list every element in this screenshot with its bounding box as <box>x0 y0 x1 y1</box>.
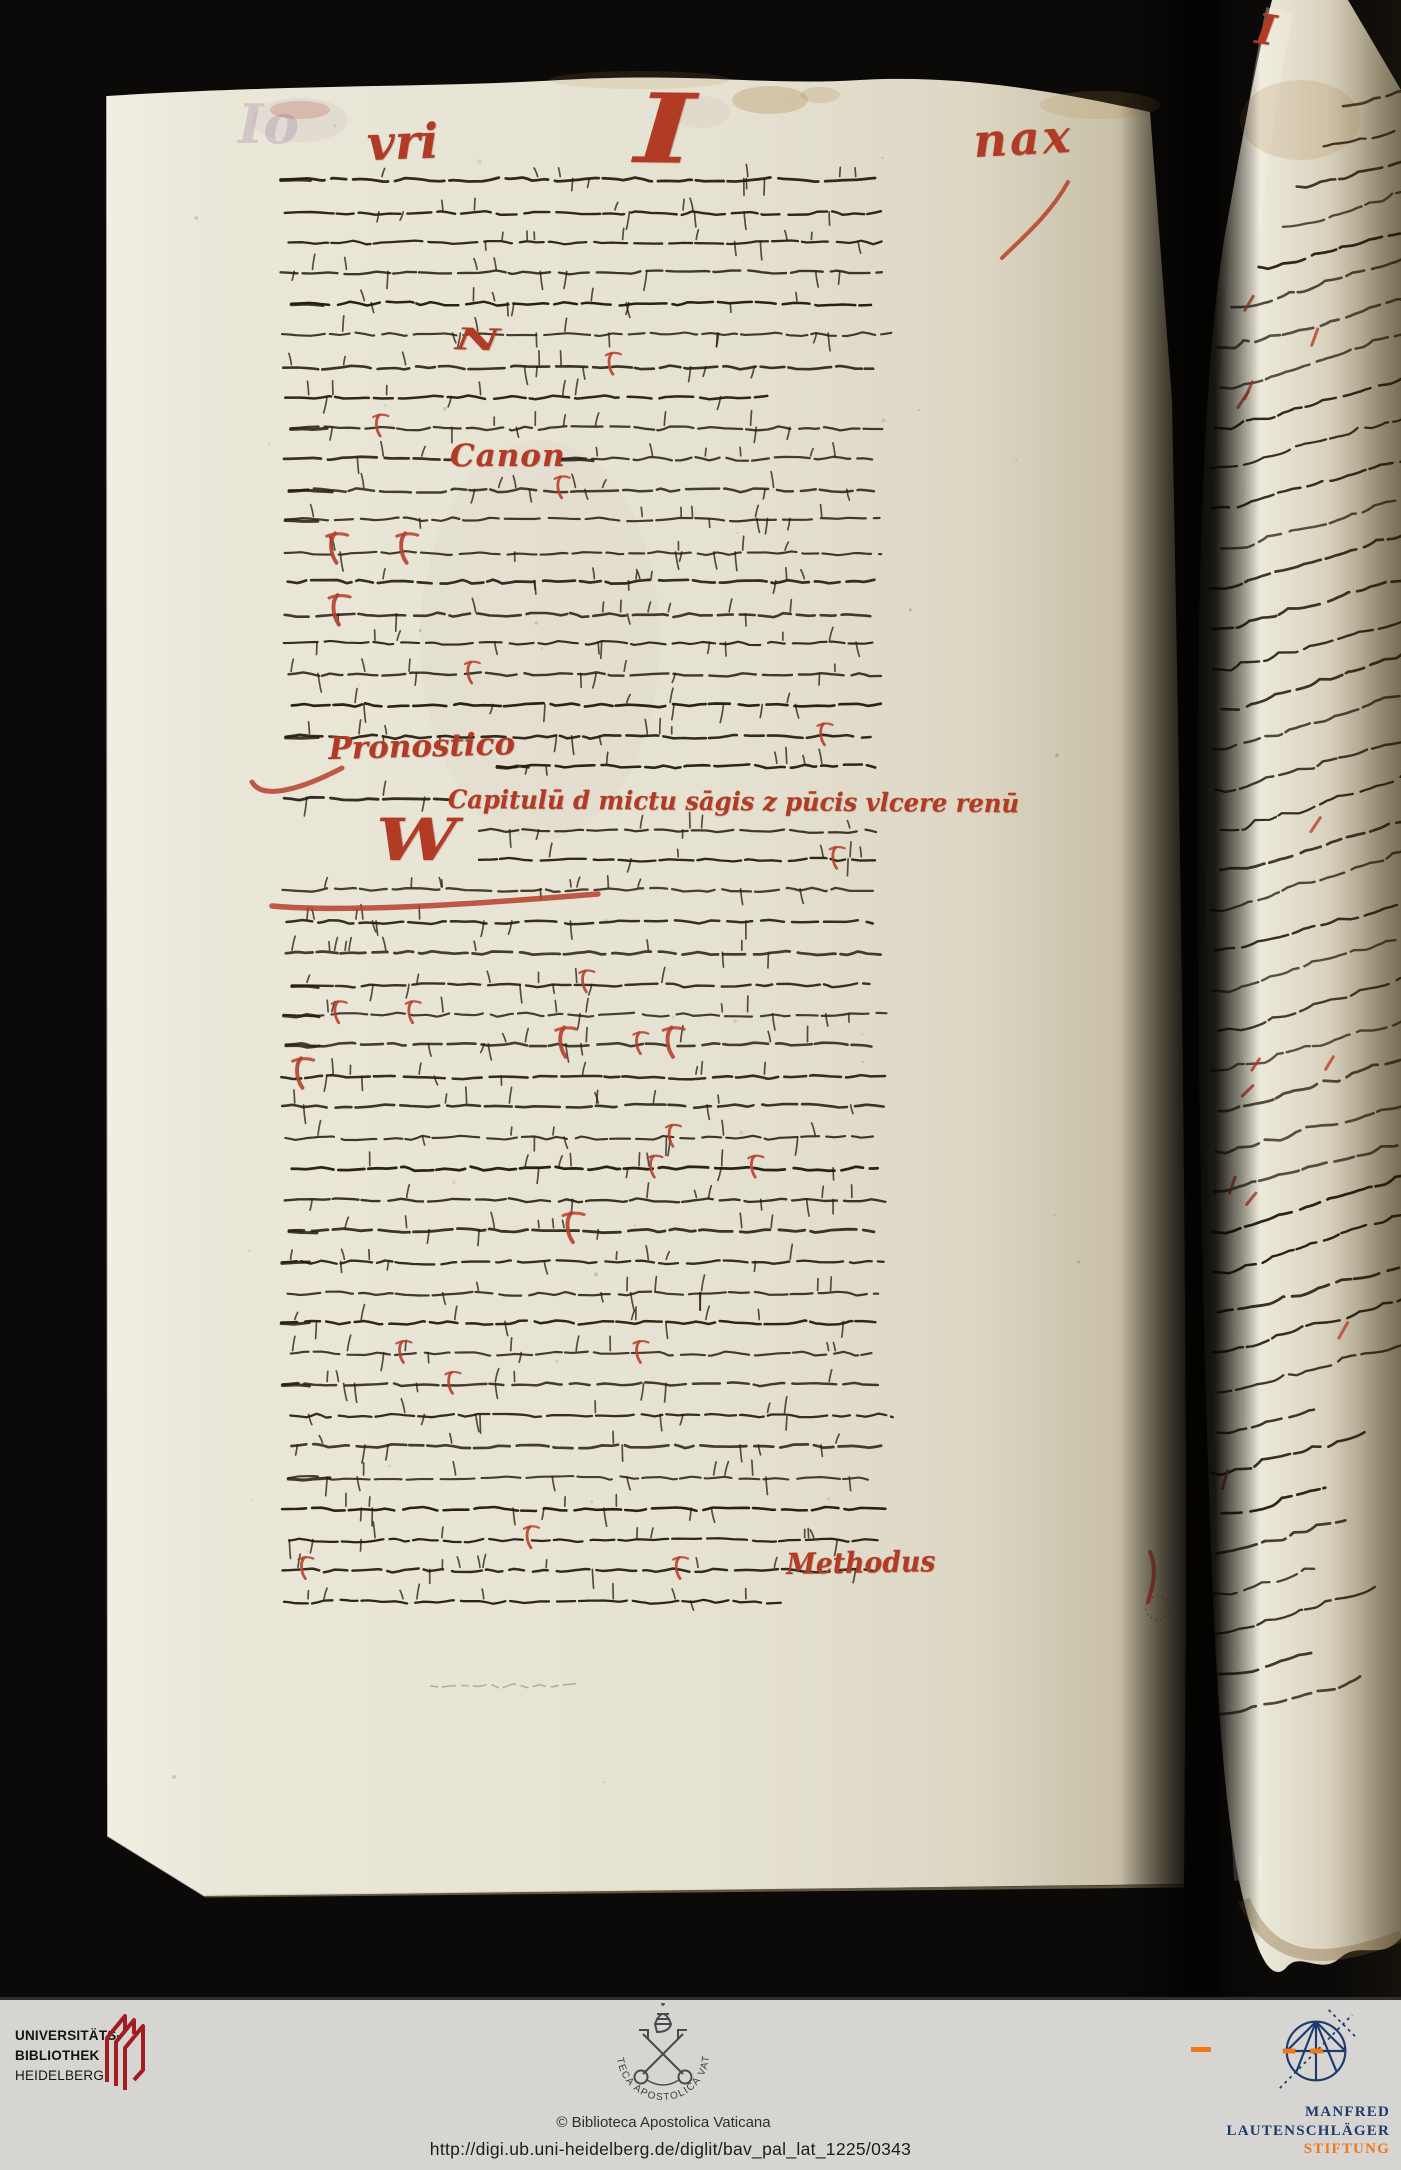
parchment-pages-artwork <box>0 0 1401 2170</box>
rubric-canon: Canon <box>450 438 566 474</box>
rubric-prognostico: Pronostico <box>328 726 516 767</box>
mls-line2: LAUTENSCHLÄGER <box>1227 2122 1391 2141</box>
orange-dash <box>1191 2047 1211 2052</box>
mls-line1: MANFRED <box>1227 2103 1391 2122</box>
rubric-initial-n: N <box>454 322 501 358</box>
chapter-heading-rubric: Capitulū d mictu sāgis z pūcis vlcere re… <box>448 785 1019 819</box>
running-title-right: nax <box>972 109 1074 168</box>
manuscript-scan: Io vri I nax N Canon Pronostico Capitulū… <box>0 0 1401 2170</box>
vatican-arc-text: BIBLIOTECA APOSTOLICA VATICANA <box>598 2002 712 2103</box>
left-page-parchment <box>107 77 1186 1896</box>
folio-numeral: I <box>633 72 696 186</box>
chapter-initial-w: W <box>376 806 457 874</box>
branding-bar: UNIVERSITÄTS- BIBLIOTHEK HEIDELBERG <box>0 1997 1401 2170</box>
scan-source-url: http://digi.ub.uni-heidelberg.de/diglit/… <box>0 2139 1341 2160</box>
mls-line3: STIFTUNG <box>1227 2140 1391 2159</box>
svg-text:BIBLIOTECA APOSTOLICA VATICANA: BIBLIOTECA APOSTOLICA VATICANA <box>598 2002 712 2103</box>
gutter-shadow <box>1120 0 1260 2000</box>
vatican-library-emblem: BIBLIOTECA APOSTOLICA VATICANA <box>598 2002 728 2114</box>
lautenschlaeger-stiftung-logo <box>1272 2005 1360 2097</box>
ub-heidelberg-logo <box>101 2010 153 2094</box>
ghost-offset-text: Io <box>238 92 299 156</box>
running-title-left: vri <box>366 114 439 172</box>
copyright-line: © Biblioteca Apostolica Vaticana <box>0 2114 1327 2131</box>
rubric-methodus: Methodus <box>786 1544 936 1581</box>
stiftung-wordmark: MANFRED LAUTENSCHLÄGER STIFTUNG <box>1227 2103 1391 2159</box>
